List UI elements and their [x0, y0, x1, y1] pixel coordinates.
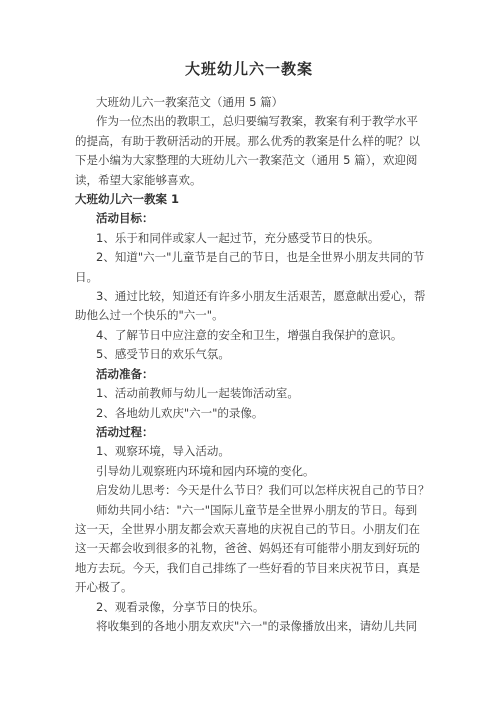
body-text-line: 引导幼儿观察班内环境和园内环境的变化。	[75, 462, 496, 481]
heading-text-line: 大班幼儿六一教案 1	[75, 190, 496, 209]
body-text-line: 的提高，有助于教研活动的开展。那么优秀的教案是什么样的呢？以	[75, 132, 496, 151]
body-text-line: 2、观看录像，分享节日的快乐。	[75, 598, 496, 617]
body-text-line: 3、通过比较，知道还有许多小朋友生活艰苦，愿意献出爱心，帮	[75, 287, 496, 306]
body-text-line: 2、各地幼儿欢庆"六一"的录像。	[75, 404, 496, 423]
body-text-line: 作为一位杰出的教职工，总归要编写教案，教案有利于教学水平	[75, 112, 496, 131]
body-text-line: 这一天都会收到很多的礼物，爸爸、妈妈还有可能带小朋友到好玩的	[75, 539, 496, 558]
document-page: 大班幼儿六一教案 大班幼儿六一教案范文（通用 5 篇）作为一位杰出的教职工，总归…	[0, 0, 496, 702]
heading-text-line: 活动准备：	[75, 365, 496, 384]
body-text-line: 4、了解节日中应注意的安全和卫生，增强自我保护的意识。	[75, 326, 496, 345]
body-text-line: 开心极了。	[75, 578, 496, 597]
body-text-line: 大班幼儿六一教案范文（通用 5 篇）	[75, 93, 496, 112]
body-text-line: 日。	[75, 268, 496, 287]
body-text-line: 1、乐于和同伴或家人一起过节，充分感受节日的快乐。	[75, 229, 496, 248]
body-text-line: 将收集到的各地小朋友欢庆"六一"的录像播放出来，请幼儿共同	[75, 617, 496, 636]
heading-text-line: 活动过程：	[75, 423, 496, 442]
body-text-line: 5、感受节日的欢乐气氛。	[75, 345, 496, 364]
body-text-line: 师幼共同小结："六一"国际儿童节是全世界小朋友的节日。每到	[75, 501, 496, 520]
body-text-line: 这一天，全世界小朋友都会欢天喜地的庆祝自己的节日。小朋友们在	[75, 520, 496, 539]
body-text-line: 启发幼儿思考：今天是什么节日？我们可以怎样庆祝自己的节日？	[75, 481, 496, 500]
body-text-line: 2、知道"六一"儿童节是自己的节日，也是全世界小朋友共同的节	[75, 248, 496, 267]
body-text-line: 读，希望大家能够喜欢。	[75, 171, 496, 190]
heading-text-line: 活动目标：	[75, 209, 496, 228]
document-title: 大班幼儿六一教案	[75, 59, 423, 79]
body-text-line: 助他么过一个快乐的"六一"。	[75, 306, 496, 325]
body-text-line: 下是小编为大家整理的大班幼儿六一教案范文（通用 5 篇），欢迎阅	[75, 151, 496, 170]
body-text-line: 地方去玩。今天，我们自己排练了一些好看的节目来庆祝节日，真是	[75, 559, 496, 578]
document-body: 大班幼儿六一教案范文（通用 5 篇）作为一位杰出的教职工，总归要编写教案，教案有…	[75, 93, 496, 636]
body-text-line: 1、观察环境，导入活动。	[75, 442, 496, 461]
body-text-line: 1、活动前教师与幼儿一起装饰活动室。	[75, 384, 496, 403]
